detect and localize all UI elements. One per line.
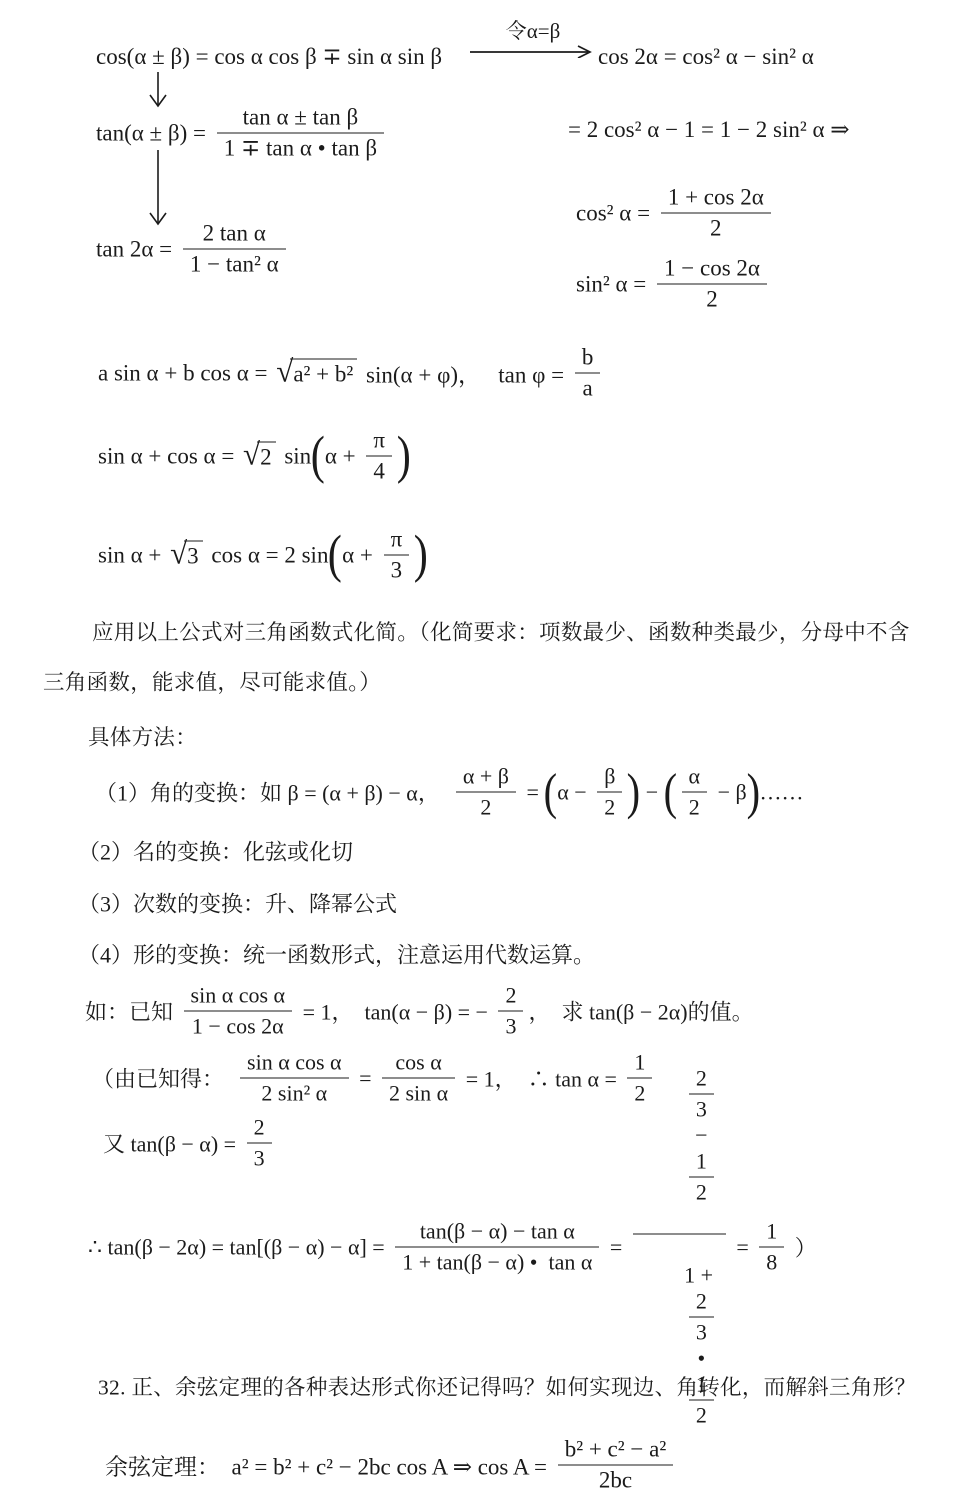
math-text: sin <box>279 443 312 469</box>
nested-fraction-numerator: 2 3 − 1 2 <box>633 1040 726 1232</box>
formula-tan-angle-sum: tan(α ± β) = tan α ± tan β 1 ∓ tan α • t… <box>96 105 389 162</box>
left-paren: ( <box>663 767 676 818</box>
fraction-denominator: 3 <box>689 1094 714 1123</box>
math-text: tan 2α = <box>96 236 178 262</box>
math-text: sin α + cos α = <box>98 443 240 469</box>
method-item-2: （2）名的变换：化弦或化切 <box>78 836 353 867</box>
fraction-numerator: π <box>384 527 410 553</box>
down-arrow-short-icon <box>145 72 171 108</box>
formula-cos-double-angle: cos 2α = cos² α − sin² α <box>598 44 814 70</box>
fraction-denominator: 1 − cos 2α <box>184 1011 293 1040</box>
math-text: = <box>604 1234 627 1260</box>
math-text: sin² α = <box>576 271 652 297</box>
formula-cos-double-chain: = 2 cos² α − 1 = 1 − 2 sin² α ⇒ <box>568 117 850 143</box>
fraction: 2 3 <box>498 983 523 1040</box>
formula-cos-angle-sum: cos(α ± β) = cos α cos β ∓ sin α sin β <box>96 44 442 70</box>
radicand: 2 <box>257 442 276 471</box>
fraction: π 3 <box>384 527 410 584</box>
fraction-denominator: 4 <box>366 456 392 485</box>
fraction-numerator: 2 tan α <box>183 221 286 247</box>
fraction: 1 2 <box>689 1149 714 1206</box>
fraction: 2 tan α 1 − tan² α <box>183 221 286 278</box>
fraction-denominator: 1 ∓ tan α • tan β <box>217 133 384 162</box>
fraction-denominator: 3 <box>689 1317 714 1346</box>
fraction-numerator: 1 + cos 2α <box>661 185 771 211</box>
formula-asin-bcos: a sin α + b cos α = √ a² + b² sin(α + φ)… <box>98 345 605 402</box>
right-arrow-icon <box>469 44 597 58</box>
fraction-numerator: 1 <box>759 1219 784 1245</box>
item-text: （2）名的变换：化弦或化切 <box>78 836 353 867</box>
fraction-denominator: 2 <box>689 1400 714 1429</box>
formula-tan-double-angle: tan 2α = 2 tan α 1 − tan² α <box>96 221 291 278</box>
math-text: − <box>695 1123 707 1148</box>
item-text: （4）形的变换：统一函数形式，注意运用代数运算。 <box>78 939 595 970</box>
fraction-numerator: sin α cos α <box>184 983 293 1009</box>
formula-sin-plus-sqrt3-cos: sin α + √ 3 cos α = 2 sin ( α + π 3 ) <box>98 527 428 584</box>
fraction-denominator: 8 <box>759 1247 784 1276</box>
math-text: ∴ tan(β − 2α) = tan[(β − α) − α] = <box>88 1234 390 1260</box>
math-text: tan(α ± β) = <box>96 120 212 146</box>
math-text: − <box>640 779 663 805</box>
fraction: π 4 <box>366 428 392 485</box>
fraction-numerator: α <box>682 764 708 790</box>
square-root: √ 2 <box>243 442 276 471</box>
fraction-denominator: a <box>575 373 601 402</box>
math-text: = 1， tan(α − β) = − <box>297 996 493 1027</box>
math-text: cos(α ± β) = cos α cos β ∓ sin α sin β <box>96 44 442 70</box>
methods-title: 具体方法： <box>88 721 197 752</box>
fraction: 2 3 <box>689 1066 714 1123</box>
fraction-denominator: 2 <box>682 792 708 821</box>
left-paren: ( <box>544 767 557 818</box>
left-paren: ( <box>328 529 342 582</box>
fraction-denominator: 3 <box>384 555 410 584</box>
fraction-numerator: 1 <box>689 1149 714 1175</box>
fraction: α + β 2 <box>456 764 516 821</box>
left-paren: ( <box>311 430 325 483</box>
fraction-numerator: tan(β − α) − tan α <box>395 1219 599 1245</box>
math-text: ， 求 tan(β − 2α)的值。 <box>528 996 753 1027</box>
math-text: − β <box>712 779 747 805</box>
fraction-denominator: 1 − tan² α <box>183 249 286 278</box>
math-text: cos 2α = cos² α − sin² α <box>598 44 814 70</box>
item-text: （1）角的变换：如 β = (α + β) − α， <box>95 777 451 808</box>
fraction-denominator: 2bc <box>558 1465 674 1494</box>
fraction: b a <box>575 345 601 402</box>
math-text: 余弦定理： a² = b² + c² − 2bc cos A ⇒ cos A = <box>105 1449 553 1482</box>
math-text: = <box>731 1234 754 1260</box>
fraction: 1 − cos 2α 2 <box>657 256 767 313</box>
formula-sin-plus-cos: sin α + cos α = √ 2 sin ( α + π 4 ) <box>98 428 411 485</box>
cosine-rule-line: 余弦定理： a² = b² + c² − 2bc cos A ⇒ cos A =… <box>105 1437 678 1494</box>
fraction-numerator: b <box>575 345 601 371</box>
section-32-heading: 32. 正、余弦定理的各种表达形式你还记得吗？如何实现边、角转化，而解斜三角形？ <box>98 1371 916 1402</box>
substitution-arrow-group: 令α=β <box>469 18 597 63</box>
nested-fraction-denominator: 1 + 2 3 • 1 2 <box>633 1234 726 1455</box>
right-paren: ) <box>414 529 428 582</box>
fraction: 1 8 <box>759 1219 784 1276</box>
fraction-denominator: 2 <box>597 792 622 821</box>
fraction: tan(β − α) − tan α 1 + tan(β − α) • tan … <box>395 1219 599 1276</box>
down-arrow-long-icon <box>145 150 171 226</box>
math-text: 1 + <box>684 1263 718 1288</box>
note-paragraph-line1: 应用以上公式对三角函数式化简。（化简要求：项数最少、函数种类最少，分母中不含 <box>92 616 910 647</box>
right-paren: ) <box>746 767 759 818</box>
math-text: cos α = 2 sin <box>206 542 329 568</box>
fraction-numerator: 2 <box>689 1289 714 1315</box>
fraction-denominator: 2 <box>657 284 767 313</box>
math-text: = <box>521 779 544 805</box>
square-root: √ a² + b² <box>276 359 357 388</box>
fraction-numerator: 1 − cos 2α <box>657 256 767 282</box>
paragraph-text: 应用以上公式对三角函数式化简。（化简要求：项数最少、函数种类最少，分母中不含 <box>92 616 910 647</box>
math-text: …… <box>760 779 804 805</box>
fraction: b² + c² − a² 2bc <box>558 1437 674 1494</box>
method-item-3: （3）次数的变换：升、降幂公式 <box>78 888 397 919</box>
method-item-1: （1）角的变换：如 β = (α + β) − α， α + β 2 = ( α… <box>95 764 804 821</box>
right-paren: ) <box>627 767 640 818</box>
math-text: sin α + <box>98 542 167 568</box>
fraction-numerator: β <box>597 764 622 790</box>
fraction: β 2 <box>597 764 622 821</box>
math-text: α + <box>325 443 362 469</box>
item-text: （3）次数的变换：升、降幂公式 <box>78 888 397 919</box>
fraction-denominator: 2 <box>456 792 516 821</box>
math-text: α − <box>557 779 592 805</box>
math-text: a sin α + b cos α = <box>98 360 273 386</box>
let-alpha-equals-beta-label: 令α=β <box>469 18 597 44</box>
fraction-numerator: α + β <box>456 764 516 790</box>
math-text: sin(α + φ)， tan φ = <box>360 357 570 390</box>
paragraph-text: 三角函数，能求值，尽可能求值。） <box>43 666 381 697</box>
fraction: tan α ± tan β 1 ∓ tan α • tan β <box>217 105 384 162</box>
fraction-numerator: 2 <box>689 1066 714 1092</box>
math-text: α + <box>342 542 379 568</box>
fraction-denominator: 2 <box>661 213 771 242</box>
fraction-denominator: 3 <box>498 1011 523 1040</box>
document-page: cos(α ± β) = cos α cos β ∓ sin α sin β 令… <box>0 0 962 1509</box>
formula-sin-squared: sin² α = 1 − cos 2α 2 <box>576 256 772 313</box>
fraction: 1 + cos 2α 2 <box>661 185 771 242</box>
square-root: √ 3 <box>170 541 203 570</box>
fraction-numerator: 2 <box>498 983 523 1009</box>
radicand: 3 <box>184 541 203 570</box>
right-paren: ) <box>397 430 411 483</box>
method-item-4: （4）形的变换：统一函数形式，注意运用代数运算。 <box>78 939 595 970</box>
fraction: α 2 <box>682 764 708 821</box>
fraction: 2 3 <box>689 1289 714 1346</box>
fraction-denominator: 1 + tan(β − α) • tan α <box>395 1247 599 1276</box>
math-text: cos² α = <box>576 200 656 226</box>
fraction: sin α cos α 1 − cos 2α <box>184 983 293 1040</box>
fraction-numerator: π <box>366 428 392 454</box>
formula-cos-squared: cos² α = 1 + cos 2α 2 <box>576 185 776 242</box>
math-text: = 2 cos² α − 1 = 1 − 2 sin² α ⇒ <box>568 117 850 143</box>
radicand: a² + b² <box>290 359 357 388</box>
heading-text: 32. 正、余弦定理的各种表达形式你还记得吗？如何实现边、角转化，而解斜三角形？ <box>98 1371 916 1402</box>
math-text: ） <box>789 1232 817 1263</box>
math-text: • <box>692 1346 711 1371</box>
fraction-denominator: 2 <box>689 1177 714 1206</box>
fraction-numerator: tan α ± tan β <box>217 105 384 131</box>
example-given-line: 如：已知 sin α cos α 1 − cos 2α = 1， tan(α −… <box>85 983 754 1040</box>
note-paragraph-line2: 三角函数，能求值，尽可能求值。） <box>43 666 381 697</box>
math-text: 如：已知 <box>85 996 179 1027</box>
fraction-numerator: b² + c² − a² <box>558 1437 674 1463</box>
title-text: 具体方法： <box>88 721 197 752</box>
